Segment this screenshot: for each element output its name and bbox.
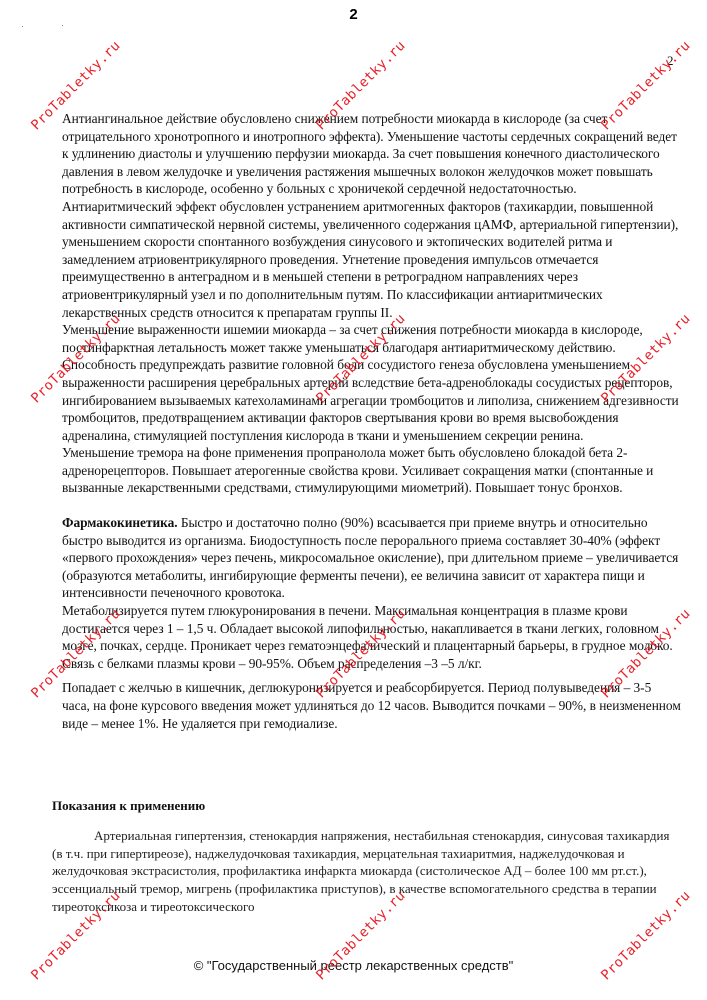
paragraph-ischemia: Уменьшение выраженности ишемии миокарда … [62, 321, 682, 356]
paragraph-excretion: Попадает с желчью в кишечник, деглюкурон… [62, 679, 682, 732]
indications-text: Артериальная гипертензия, стенокардия на… [52, 827, 682, 916]
footer-copyright: © "Государственный реестр лекарственных … [0, 958, 707, 973]
document-body: Антиангинальное действие обусловлено сни… [62, 110, 682, 732]
page-number-right: 2 [667, 53, 674, 69]
page-number-top: 2 [0, 6, 707, 23]
paragraph-headache: Способность предупреждать развитие голов… [62, 356, 682, 444]
indications-heading: Показания к применению [52, 797, 682, 815]
paragraph-antiarrhythmic: Антиаритмический эффект обусловлен устра… [62, 198, 682, 321]
indications-section: Показания к применению Артериальная гипе… [52, 797, 682, 916]
spacer [62, 672, 682, 679]
paragraph-tremor: Уменьшение тремора на фоне применения пр… [62, 444, 682, 497]
scan-speck [22, 26, 23, 27]
paragraph-metabolism: Метаболизируется путем глюкуронирования … [62, 602, 682, 672]
pharmacokinetics-title: Фармакокинетика. [62, 515, 178, 530]
scan-speck [62, 25, 63, 26]
paragraph-antianginal: Антиангинальное действие обусловлено сни… [62, 110, 682, 198]
spacer [62, 497, 682, 514]
paragraph-pharmacokinetics: Фармакокинетика. Быстро и достаточно пол… [62, 514, 682, 602]
